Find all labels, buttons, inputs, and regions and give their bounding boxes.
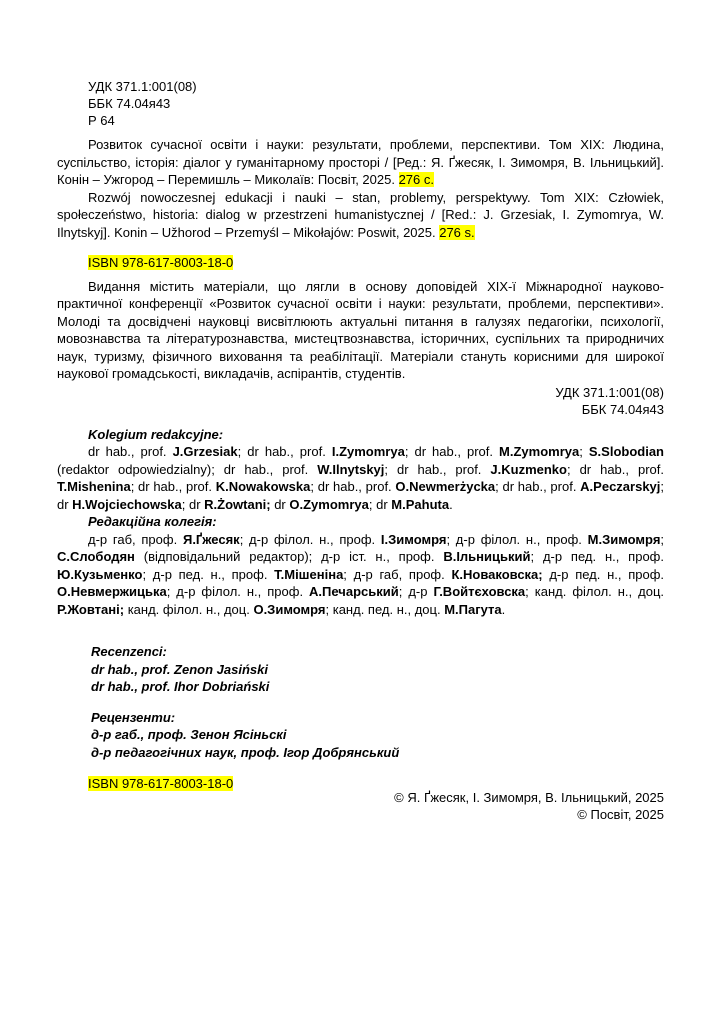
- text-segment: 276 с.: [399, 172, 434, 187]
- text-segment: ; dr hab., prof.: [495, 479, 580, 494]
- text-segment: dr: [271, 497, 290, 512]
- reviewers-block-pl: Recenzenci: dr hab., prof. Zenon Jasińsk…: [91, 643, 664, 696]
- text-segment: K.Nowakowska: [216, 479, 311, 494]
- text-segment: ; dr: [369, 497, 391, 512]
- text-segment: ; д-р філол. н., проф.: [167, 584, 309, 599]
- text-segment: ISBN 978-617-8003-18-0: [88, 255, 233, 270]
- text-segment: ISBN 978-617-8003-18-0: [88, 776, 233, 791]
- text-segment: Р.Жовтані;: [57, 602, 124, 617]
- text-segment: ; д-р пед. н., проф.: [142, 567, 274, 582]
- reviewers-heading-ua: Рецензенти:: [91, 709, 664, 727]
- citation-ukrainian: Розвиток сучасної освіти і науки: резуль…: [57, 136, 664, 189]
- text-segment: (redaktor odpowiedzialny); dr hab., prof…: [57, 462, 317, 477]
- text-segment: I.Zymomrya: [332, 444, 405, 459]
- text-segment: Г.Войтєховска: [433, 584, 525, 599]
- editorial-board-list-ua: д-р габ, проф. Я.Ґжесяк; д-р філол. н., …: [57, 531, 664, 619]
- text-segment: .: [502, 602, 506, 617]
- text-segment: O.Zymomrya: [289, 497, 368, 512]
- editorial-board-heading-pl: Kolegium redakcyjne:: [57, 426, 664, 444]
- text-segment: J.Kuzmenko: [490, 462, 567, 477]
- text-segment: канд. філол. н., доц.: [124, 602, 253, 617]
- text-segment: В.Ільницький: [443, 549, 530, 564]
- text-segment: ; dr hab., prof.: [131, 479, 216, 494]
- reviewer-line: д-р габ., проф. Зенон Ясіньскі: [91, 726, 664, 744]
- copyright-block: © Я. Ґжесяк, І. Зимомря, В. Ільницький, …: [57, 789, 664, 824]
- bbk-code-right: ББК 74.04я43: [57, 401, 664, 418]
- text-segment: T.Mishenina: [57, 479, 131, 494]
- text-segment: .: [449, 497, 453, 512]
- text-segment: С.Слободян: [57, 549, 135, 564]
- text-segment: W.Ilnytskyj: [317, 462, 384, 477]
- udc-code: УДК 371.1:001(08): [57, 78, 664, 95]
- text-segment: M.Pahuta: [391, 497, 449, 512]
- text-segment: І.Зимомря: [381, 532, 447, 547]
- text-segment: H.Wojciechowska: [72, 497, 182, 512]
- text-segment: ; dr hab., prof.: [310, 479, 395, 494]
- text-segment: (відповідальний редактор); д-р іст. н., …: [135, 549, 443, 564]
- text-segment: ; dr hab., prof.: [384, 462, 490, 477]
- text-segment: ; д-р: [399, 584, 434, 599]
- text-segment: д-р пед. н., проф.: [543, 567, 664, 582]
- reviewers-heading-pl: Recenzenci:: [91, 643, 664, 661]
- text-segment: Ю.Кузьменко: [57, 567, 142, 582]
- reviewers-lines-ua: д-р габ., проф. Зенон Ясіньскід-р педаго…: [91, 726, 664, 761]
- text-segment: J.Grzesiak: [173, 444, 238, 459]
- copyright-line: © Посвіт, 2025: [57, 806, 664, 824]
- text-segment: Я.Ґжесяк: [183, 532, 240, 547]
- text-segment: ; д-р філол. н., проф.: [240, 532, 381, 547]
- editorial-board-heading-ua: Редакційна колегія:: [57, 513, 664, 531]
- text-segment: ; dr hab., prof.: [567, 462, 664, 477]
- text-segment: д-р габ, проф.: [88, 532, 183, 547]
- text-segment: ; д-р філол. н., проф.: [446, 532, 587, 547]
- text-segment: ; д-р габ, проф.: [343, 567, 451, 582]
- text-segment: М.Пагута: [444, 602, 501, 617]
- text-segment: dr hab., prof.: [88, 444, 173, 459]
- citation-polish: Rozwój nowoczesnej edukacji i nauki – st…: [57, 189, 664, 242]
- text-segment: M.Zymomrya: [499, 444, 579, 459]
- bibliographic-codes-top: УДК 371.1:001(08) ББК 74.04я43 Р 64: [57, 78, 664, 129]
- bibliographic-codes-right: УДК 371.1:001(08) ББК 74.04я43: [57, 384, 664, 418]
- text-segment: ; dr hab., prof.: [405, 444, 499, 459]
- reviewer-line: dr hab., prof. Zenon Jasiński: [91, 661, 664, 679]
- document-page: УДК 371.1:001(08) ББК 74.04я43 Р 64 Розв…: [0, 0, 721, 1024]
- text-segment: М.Зимомря: [588, 532, 661, 547]
- text-segment: ;: [660, 532, 664, 547]
- text-segment: Т.Мішеніна: [274, 567, 343, 582]
- text-segment: O.Newmerżycka: [395, 479, 495, 494]
- bbk-code: ББК 74.04я43: [57, 95, 664, 112]
- text-segment: R.Żowtani;: [204, 497, 270, 512]
- text-segment: ; д-р пед. н., проф.: [531, 549, 665, 564]
- text-segment: О.Зимомря: [253, 602, 325, 617]
- text-segment: ; канд. філол. н., доц.: [525, 584, 664, 599]
- isbn-top: ISBN 978-617-8003-18-0: [57, 254, 664, 272]
- text-segment: A.Peczarskyj: [580, 479, 660, 494]
- text-segment: ; dr hab., prof.: [238, 444, 332, 459]
- author-sign-code: Р 64: [57, 112, 664, 129]
- text-segment: ; dr: [182, 497, 204, 512]
- reviewers-block-ua: Рецензенти: д-р габ., проф. Зенон Ясіньс…: [91, 709, 664, 762]
- text-segment: Розвиток сучасної освіти і науки: резуль…: [57, 137, 664, 187]
- text-segment: ; канд. пед. н., доц.: [326, 602, 445, 617]
- text-segment: 276 s.: [439, 225, 474, 240]
- editorial-board-list-pl: dr hab., prof. J.Grzesiak; dr hab., prof…: [57, 443, 664, 513]
- text-segment: ;: [579, 444, 589, 459]
- reviewers-lines-pl: dr hab., prof. Zenon Jasińskidr hab., pr…: [91, 661, 664, 696]
- reviewer-line: д-р педагогічних наук, проф. Ігор Добрян…: [91, 744, 664, 762]
- text-segment: О.Невмержицька: [57, 584, 167, 599]
- text-segment: К.Новаковска;: [451, 567, 542, 582]
- abstract-paragraph: Видання містить матеріали, що лягли в ос…: [57, 278, 664, 383]
- text-segment: Rozwój nowoczesnej edukacji i nauki – st…: [57, 190, 664, 240]
- udc-code-right: УДК 371.1:001(08): [57, 384, 664, 401]
- text-segment: S.Slobodian: [589, 444, 664, 459]
- reviewer-line: dr hab., prof. Ihor Dobriański: [91, 678, 664, 696]
- text-segment: А.Печарський: [309, 584, 399, 599]
